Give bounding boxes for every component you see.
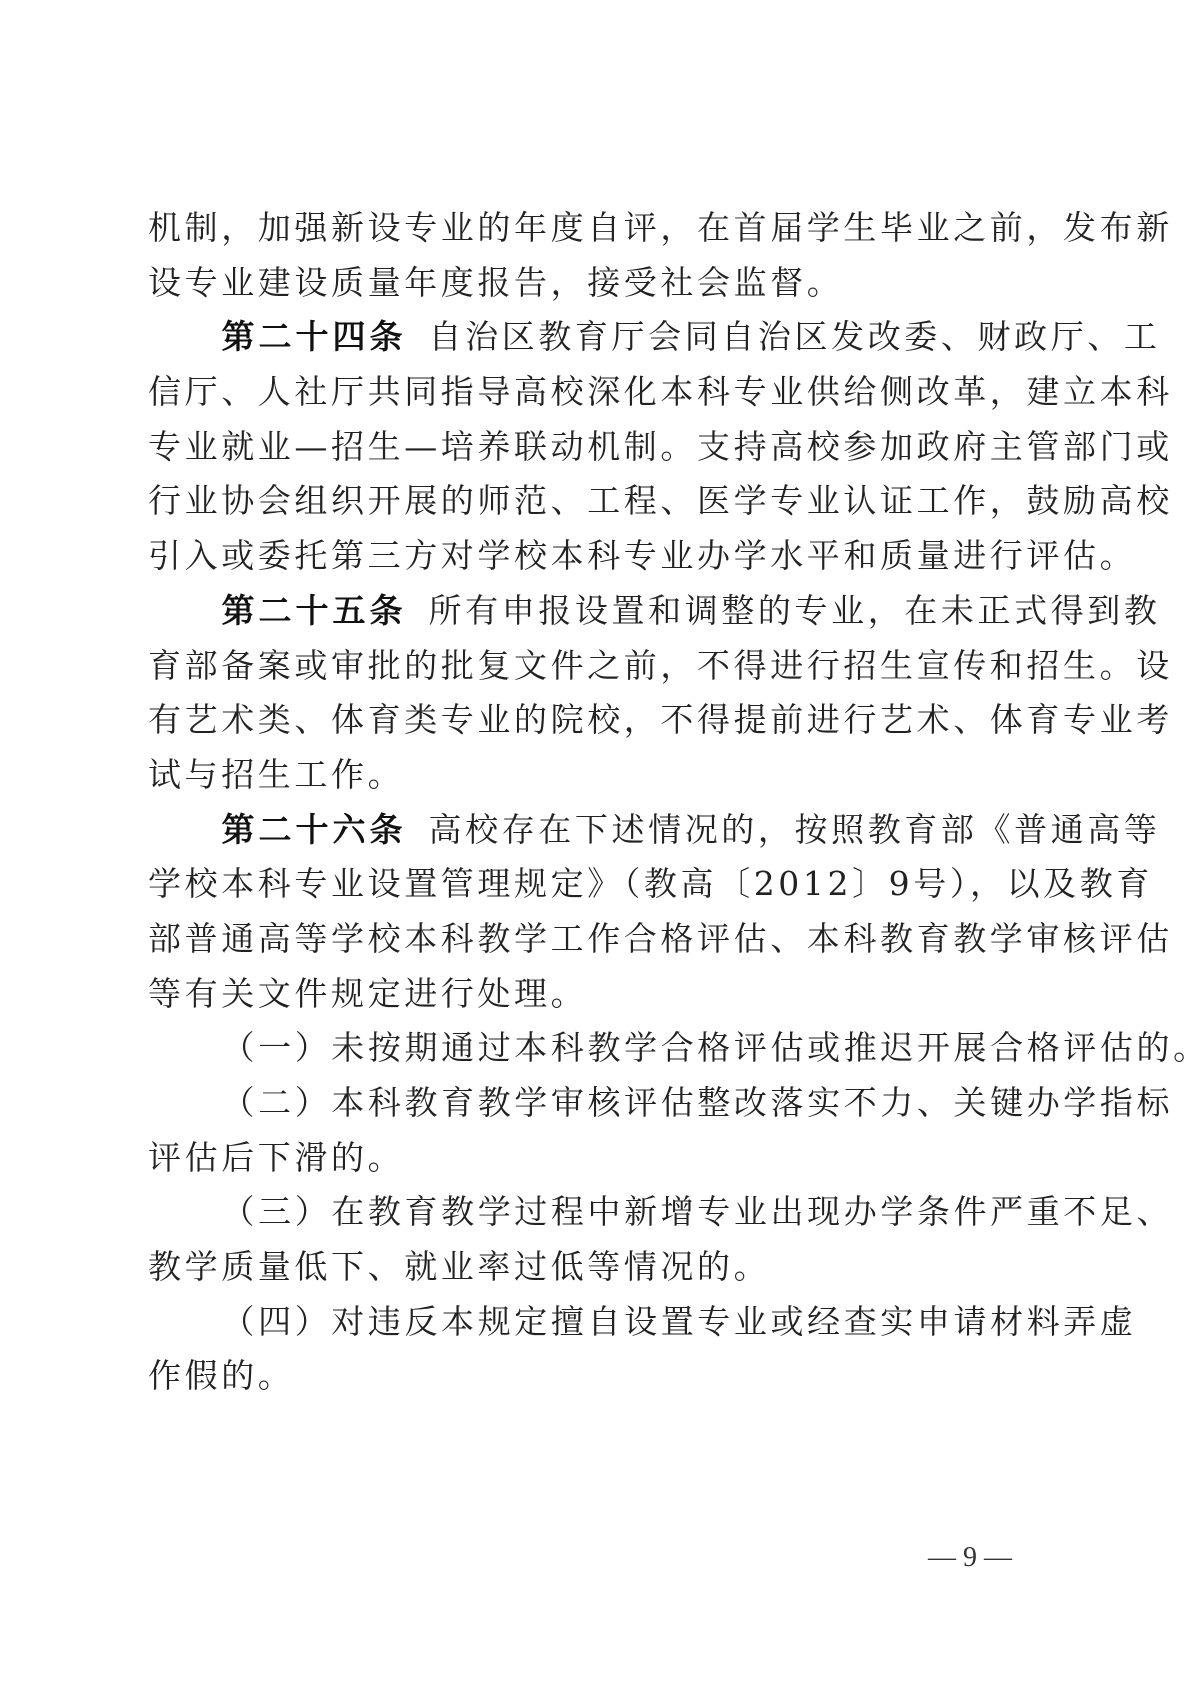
text-line: 评估后下滑的。 bbox=[148, 1131, 1032, 1186]
document-page: 机制，加强新设专业的年度自评，在首届学生毕业之前，发布新 设专业建设质量年度报告… bbox=[0, 0, 1191, 1684]
body-text: 机制，加强新设专业的年度自评，在首届学生毕业之前，发布新 设专业建设质量年度报告… bbox=[148, 201, 1032, 1404]
text-line: 学校本科专业设置管理规定》（教高〔2012〕9号），以及教育 bbox=[148, 857, 1032, 912]
text-line: 作假的。 bbox=[148, 1349, 1032, 1404]
list-item-3: （三）在教育教学过程中新增专业出现办学条件严重不足、 bbox=[148, 1185, 1032, 1240]
text-line: 试与招生工作。 bbox=[148, 748, 1032, 803]
article-number: 第二十五条 bbox=[222, 591, 407, 630]
text-line: 设专业建设质量年度报告，接受社会监督。 bbox=[148, 256, 1032, 311]
article-24-heading-line: 第二十四条自治区教育厅会同自治区发改委、财政厅、工 bbox=[148, 310, 1032, 365]
list-item-4: （四）对违反本规定擅自设置专业或经查实申请材料弄虚 bbox=[148, 1295, 1032, 1350]
text-line: 有艺术类、体育类专业的院校，不得提前进行艺术、体育专业考 bbox=[148, 693, 1032, 748]
text-line: 部普通高等学校本科教学工作合格评估、本科教育教学审核评估 bbox=[148, 912, 1032, 967]
article-text: 自治区教育厅会同自治区发改委、财政厅、工 bbox=[429, 317, 1161, 356]
article-25-heading-line: 第二十五条所有申报设置和调整的专业，在未正式得到教 bbox=[148, 584, 1032, 639]
article-text: 高校存在下述情况的，按照教育部《普通高等 bbox=[429, 810, 1161, 849]
article-number: 第二十六条 bbox=[222, 810, 407, 849]
text-line: 专业就业—招生—培养联动机制。支持高校参加政府主管部门或 bbox=[148, 420, 1032, 475]
text-line: 机制，加强新设专业的年度自评，在首届学生毕业之前，发布新 bbox=[148, 201, 1032, 256]
text-line: 引入或委托第三方对学校本科专业办学水平和质量进行评估。 bbox=[148, 529, 1032, 584]
article-number: 第二十四条 bbox=[222, 317, 407, 356]
list-item-2: （二）本科教育教学审核评估整改落实不力、关键办学指标 bbox=[148, 1076, 1032, 1131]
text-line: 育部备案或审批的批复文件之前，不得进行招生宣传和招生。设 bbox=[148, 639, 1032, 694]
text-line: 等有关文件规定进行处理。 bbox=[148, 967, 1032, 1022]
list-item-1: （一）未按期通过本科教学合格评估或推迟开展合格评估的。 bbox=[148, 1021, 1032, 1076]
text-line: 信厅、人社厅共同指导高校深化本科专业供给侧改革，建立本科 bbox=[148, 365, 1032, 420]
text-line: 教学质量低下、就业率过低等情况的。 bbox=[148, 1240, 1032, 1295]
article-26-heading-line: 第二十六条高校存在下述情况的，按照教育部《普通高等 bbox=[148, 803, 1032, 858]
article-text: 所有申报设置和调整的专业，在未正式得到教 bbox=[429, 591, 1161, 630]
page-number: — 9 — bbox=[928, 1538, 1012, 1578]
text-line: 行业协会组织开展的师范、工程、医学专业认证工作，鼓励高校 bbox=[148, 474, 1032, 529]
